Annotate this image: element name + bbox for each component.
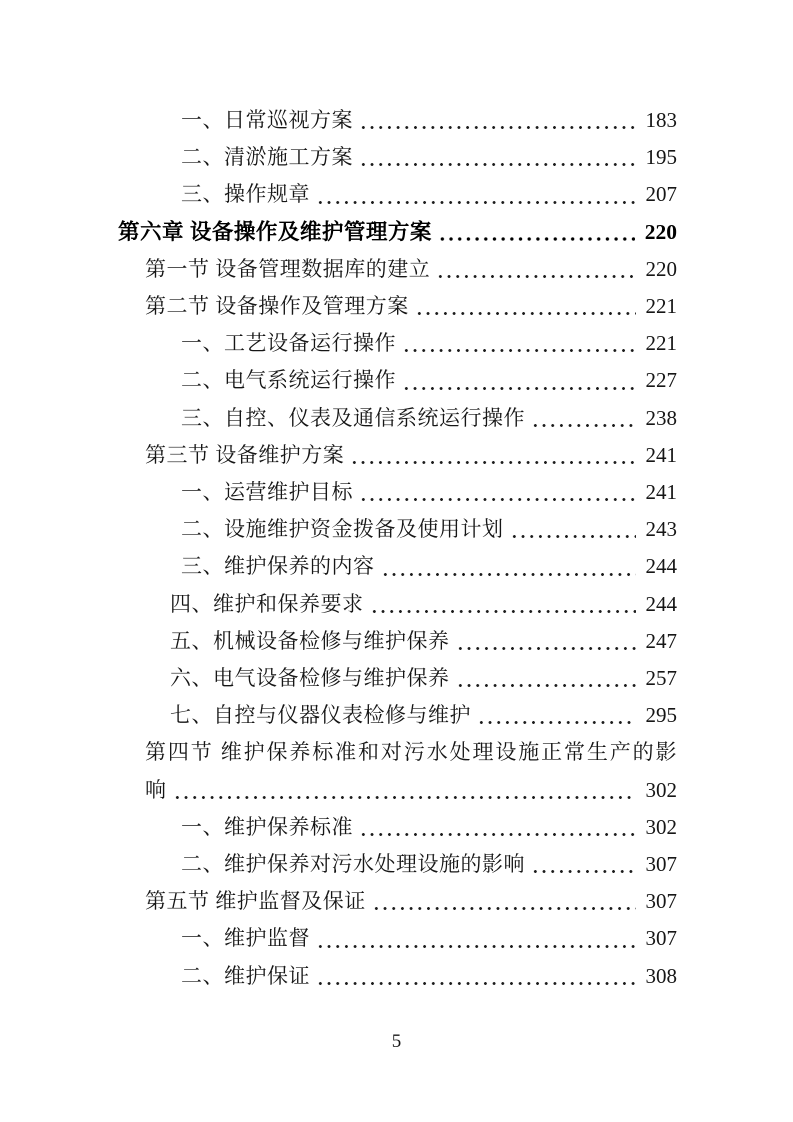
toc-entry-section: 第五节 维护监督及保证 307 bbox=[118, 883, 677, 920]
dot-leader bbox=[477, 697, 636, 734]
toc-entry-text: 三、操作规章 bbox=[181, 176, 310, 213]
toc-entry-text: 二、维护保证 bbox=[181, 958, 310, 995]
toc-entry-text: 一、维护监督 bbox=[181, 920, 310, 957]
dot-leader bbox=[436, 251, 635, 288]
toc-entry-page: 307 bbox=[646, 920, 678, 957]
toc-entry-text: 第四节 维护保养标准和对污水处理设施正常生产的影 bbox=[145, 734, 677, 771]
toc-entry: 三、维护保养的内容 244 bbox=[118, 548, 677, 585]
toc-entry: 六、电气设备检修与维护保养 257 bbox=[118, 660, 677, 697]
dot-leader bbox=[350, 437, 635, 474]
toc-entry-page: 207 bbox=[646, 176, 678, 213]
dot-leader bbox=[415, 288, 636, 325]
dot-leader bbox=[531, 846, 636, 883]
toc-entry-page: 195 bbox=[646, 139, 678, 176]
toc-entry-text: 一、工艺设备运行操作 bbox=[181, 325, 396, 362]
dot-leader bbox=[316, 176, 636, 213]
toc-entry-section: 第三节 设备维护方案 241 bbox=[118, 437, 677, 474]
toc-entry-page: 220 bbox=[645, 214, 677, 251]
toc-entry-page: 221 bbox=[646, 325, 678, 362]
dot-leader bbox=[359, 102, 636, 139]
toc-entry-text: 响 bbox=[145, 772, 167, 809]
dot-leader bbox=[438, 214, 635, 251]
toc-entry-text: 三、维护保养的内容 bbox=[181, 548, 375, 585]
toc-entry: 二、维护保证 308 bbox=[118, 958, 677, 995]
toc-entry-text: 一、日常巡视方案 bbox=[181, 102, 353, 139]
toc-entry: 一、维护监督 307 bbox=[118, 920, 677, 957]
toc-entry-page: 247 bbox=[646, 623, 678, 660]
dot-leader bbox=[359, 809, 636, 846]
dot-leader bbox=[372, 883, 636, 920]
toc-entry-text: 第六章 设备操作及维护管理方案 bbox=[118, 214, 432, 251]
toc-entry-text: 七、自控与仪器仪表检修与维护 bbox=[170, 697, 471, 734]
toc-entry-section-wrapped-line1: 第四节 维护保养标准和对污水处理设施正常生产的影 bbox=[118, 734, 677, 771]
toc-entry-text: 五、机械设备检修与维护保养 bbox=[170, 623, 450, 660]
dot-leader bbox=[359, 474, 636, 511]
dot-leader bbox=[510, 511, 636, 548]
toc-entry-page: 244 bbox=[646, 548, 678, 585]
toc-entry-page: 183 bbox=[646, 102, 678, 139]
toc-entry: 四、维护和保养要求 244 bbox=[118, 586, 677, 623]
toc-entry-page: 257 bbox=[646, 660, 678, 697]
toc-entry-page: 220 bbox=[646, 251, 678, 288]
toc-entry: 一、维护保养标准 302 bbox=[118, 809, 677, 846]
toc-entry-text: 第五节 维护监督及保证 bbox=[145, 883, 366, 920]
toc-entry: 七、自控与仪器仪表检修与维护 295 bbox=[118, 697, 677, 734]
toc-entry-page: 227 bbox=[646, 362, 678, 399]
dot-leader bbox=[456, 660, 636, 697]
dot-leader bbox=[316, 920, 636, 957]
toc-entry: 二、维护保养对污水处理设施的影响 307 bbox=[118, 846, 677, 883]
dot-leader bbox=[370, 586, 636, 623]
toc-entry-text: 二、维护保养对污水处理设施的影响 bbox=[181, 846, 525, 883]
toc-entry: 三、自控、仪表及通信系统运行操作 238 bbox=[118, 400, 677, 437]
toc-entry-page: 307 bbox=[646, 883, 678, 920]
toc-entry: 二、电气系统运行操作 227 bbox=[118, 362, 677, 399]
toc-entry-page: 241 bbox=[646, 437, 678, 474]
toc-entry-section: 第二节 设备操作及管理方案 221 bbox=[118, 288, 677, 325]
toc-entry-page: 302 bbox=[646, 809, 678, 846]
toc-entry-text: 一、运营维护目标 bbox=[181, 474, 353, 511]
table-of-contents: 一、日常巡视方案 183 二、清淤施工方案 195 三、操作规章 207 第六章… bbox=[118, 102, 677, 995]
toc-entry-text: 三、自控、仪表及通信系统运行操作 bbox=[181, 400, 525, 437]
toc-entry-text: 第二节 设备操作及管理方案 bbox=[145, 288, 409, 325]
toc-entry-chapter: 第六章 设备操作及维护管理方案 220 bbox=[118, 214, 677, 251]
toc-entry-page: 221 bbox=[646, 288, 678, 325]
dot-leader bbox=[173, 772, 636, 809]
toc-entry-text: 二、清淤施工方案 bbox=[181, 139, 353, 176]
dot-leader bbox=[456, 623, 636, 660]
toc-entry: 二、清淤施工方案 195 bbox=[118, 139, 677, 176]
toc-entry-page: 307 bbox=[646, 846, 678, 883]
toc-entry-text: 六、电气设备检修与维护保养 bbox=[170, 660, 450, 697]
toc-entry-text: 一、维护保养标准 bbox=[181, 809, 353, 846]
toc-entry-page: 302 bbox=[646, 772, 678, 809]
toc-entry: 二、设施维护资金拨备及使用计划 243 bbox=[118, 511, 677, 548]
toc-entry-page: 295 bbox=[646, 697, 678, 734]
toc-entry-page: 308 bbox=[646, 958, 678, 995]
page-number: 5 bbox=[0, 1028, 793, 1056]
toc-entry: 一、日常巡视方案 183 bbox=[118, 102, 677, 139]
dot-leader bbox=[359, 139, 636, 176]
document-page: 一、日常巡视方案 183 二、清淤施工方案 195 三、操作规章 207 第六章… bbox=[0, 0, 793, 1122]
dot-leader bbox=[531, 400, 636, 437]
toc-entry: 一、运营维护目标 241 bbox=[118, 474, 677, 511]
toc-entry-page: 244 bbox=[646, 586, 678, 623]
toc-entry-text: 第一节 设备管理数据库的建立 bbox=[145, 251, 430, 288]
toc-entry: 三、操作规章 207 bbox=[118, 176, 677, 213]
toc-entry-page: 238 bbox=[646, 400, 678, 437]
toc-entry-text: 第三节 设备维护方案 bbox=[145, 437, 344, 474]
dot-leader bbox=[381, 548, 636, 585]
toc-entry: 五、机械设备检修与维护保养 247 bbox=[118, 623, 677, 660]
dot-leader bbox=[316, 958, 636, 995]
toc-entry-page: 243 bbox=[646, 511, 678, 548]
dot-leader bbox=[402, 362, 636, 399]
toc-entry-section: 第一节 设备管理数据库的建立 220 bbox=[118, 251, 677, 288]
toc-entry-section-wrapped-line2: 响 302 bbox=[118, 772, 677, 809]
toc-entry-text: 二、设施维护资金拨备及使用计划 bbox=[181, 511, 504, 548]
toc-entry-page: 241 bbox=[646, 474, 678, 511]
toc-entry-text: 四、维护和保养要求 bbox=[170, 586, 364, 623]
toc-entry-text: 二、电气系统运行操作 bbox=[181, 362, 396, 399]
dot-leader bbox=[402, 325, 636, 362]
toc-entry: 一、工艺设备运行操作 221 bbox=[118, 325, 677, 362]
